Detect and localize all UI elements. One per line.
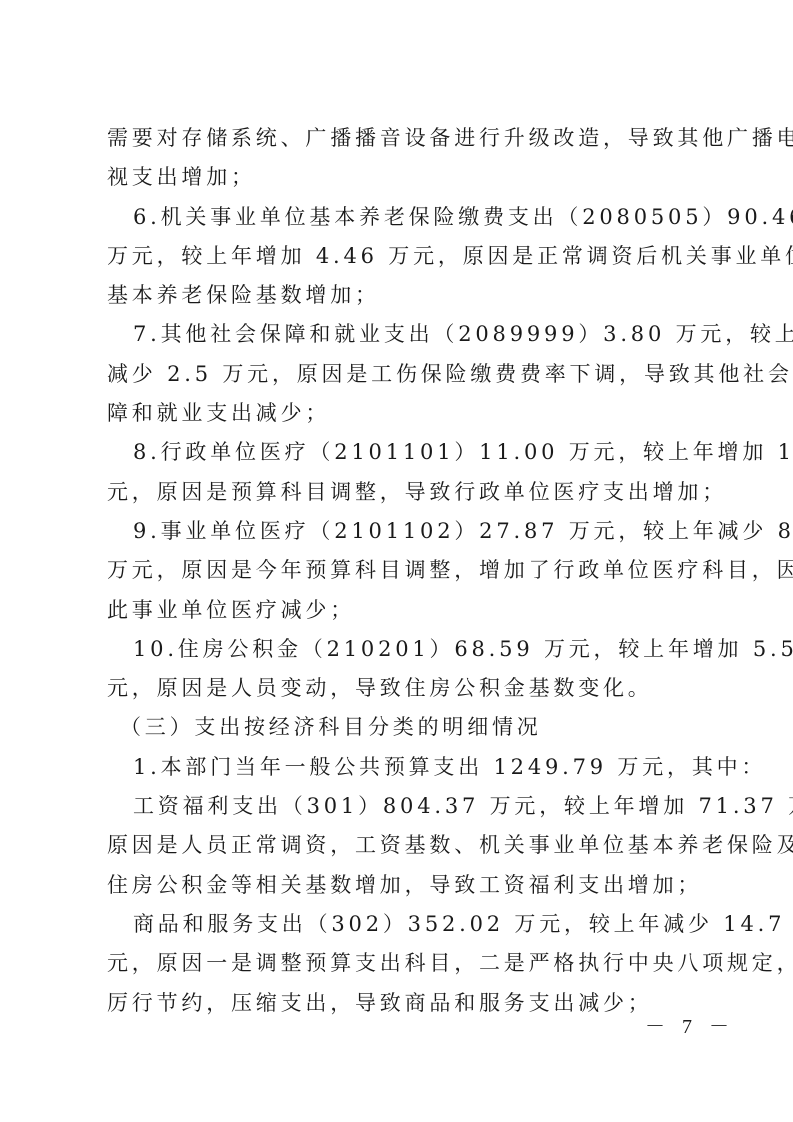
text-line: 原因是人员正常调资，工资基数、机关事业单位基本养老保险及 bbox=[107, 826, 695, 865]
text-line: 元，原因是人员变动，导致住房公积金基数变化。 bbox=[107, 669, 695, 708]
list-item-6: 6.机关事业单位基本养老保险缴费支出（2080505）90.46 bbox=[107, 198, 695, 237]
section-heading: （三）支出按经济科目分类的明细情况 bbox=[107, 708, 695, 747]
list-item-9: 9.事业单位医疗（2101102）27.87 万元，较上年减少 8.13 bbox=[107, 512, 695, 551]
paragraph-start: 商品和服务支出（302）352.02 万元，较上年减少 14.7 万 bbox=[107, 905, 695, 944]
text-line: 住房公积金等相关基数增加，导致工资福利支出增加； bbox=[107, 866, 695, 905]
text-line: 基本养老保险基数增加； bbox=[107, 276, 695, 315]
text-line: 视支出增加； bbox=[107, 158, 695, 197]
text-line: 万元，原因是今年预算科目调整，增加了行政单位医疗科目，因 bbox=[107, 551, 695, 590]
text-line: 需要对存储系统、广播播音设备进行升级改造，导致其他广播电 bbox=[107, 119, 695, 158]
text-line: 厉行节约，压缩支出，导致商品和服务支出减少； bbox=[107, 984, 695, 1023]
list-item-8: 8.行政单位医疗（2101101）11.00 万元，较上年增加 11 万 bbox=[107, 433, 695, 472]
page-number: － 7 － bbox=[645, 1010, 735, 1039]
text-line: 元，原因一是调整预算支出科目，二是严格执行中央八项规定， bbox=[107, 944, 695, 983]
text-line: 减少 2.5 万元，原因是工伤保险缴费费率下调，导致其他社会保 bbox=[107, 355, 695, 394]
text-line: 此事业单位医疗减少； bbox=[107, 591, 695, 630]
paragraph-start: 工资福利支出（301）804.37 万元，较上年增加 71.37 万元， bbox=[107, 787, 695, 826]
text-line: 障和就业支出减少； bbox=[107, 394, 695, 433]
text-line: 万元，较上年增加 4.46 万元，原因是正常调资后机关事业单位 bbox=[107, 237, 695, 276]
text-line: 元，原因是预算科目调整，导致行政单位医疗支出增加； bbox=[107, 473, 695, 512]
document-body: 需要对存储系统、广播播音设备进行升级改造，导致其他广播电 视支出增加； 6.机关… bbox=[107, 119, 695, 1023]
list-item-10: 10.住房公积金（210201）68.59 万元，较上年增加 5.59 万 bbox=[107, 630, 695, 669]
list-item-7: 7.其他社会保障和就业支出（2089999）3.80 万元，较上年 bbox=[107, 315, 695, 354]
list-item-1: 1.本部门当年一般公共预算支出 1249.79 万元，其中： bbox=[107, 748, 695, 787]
